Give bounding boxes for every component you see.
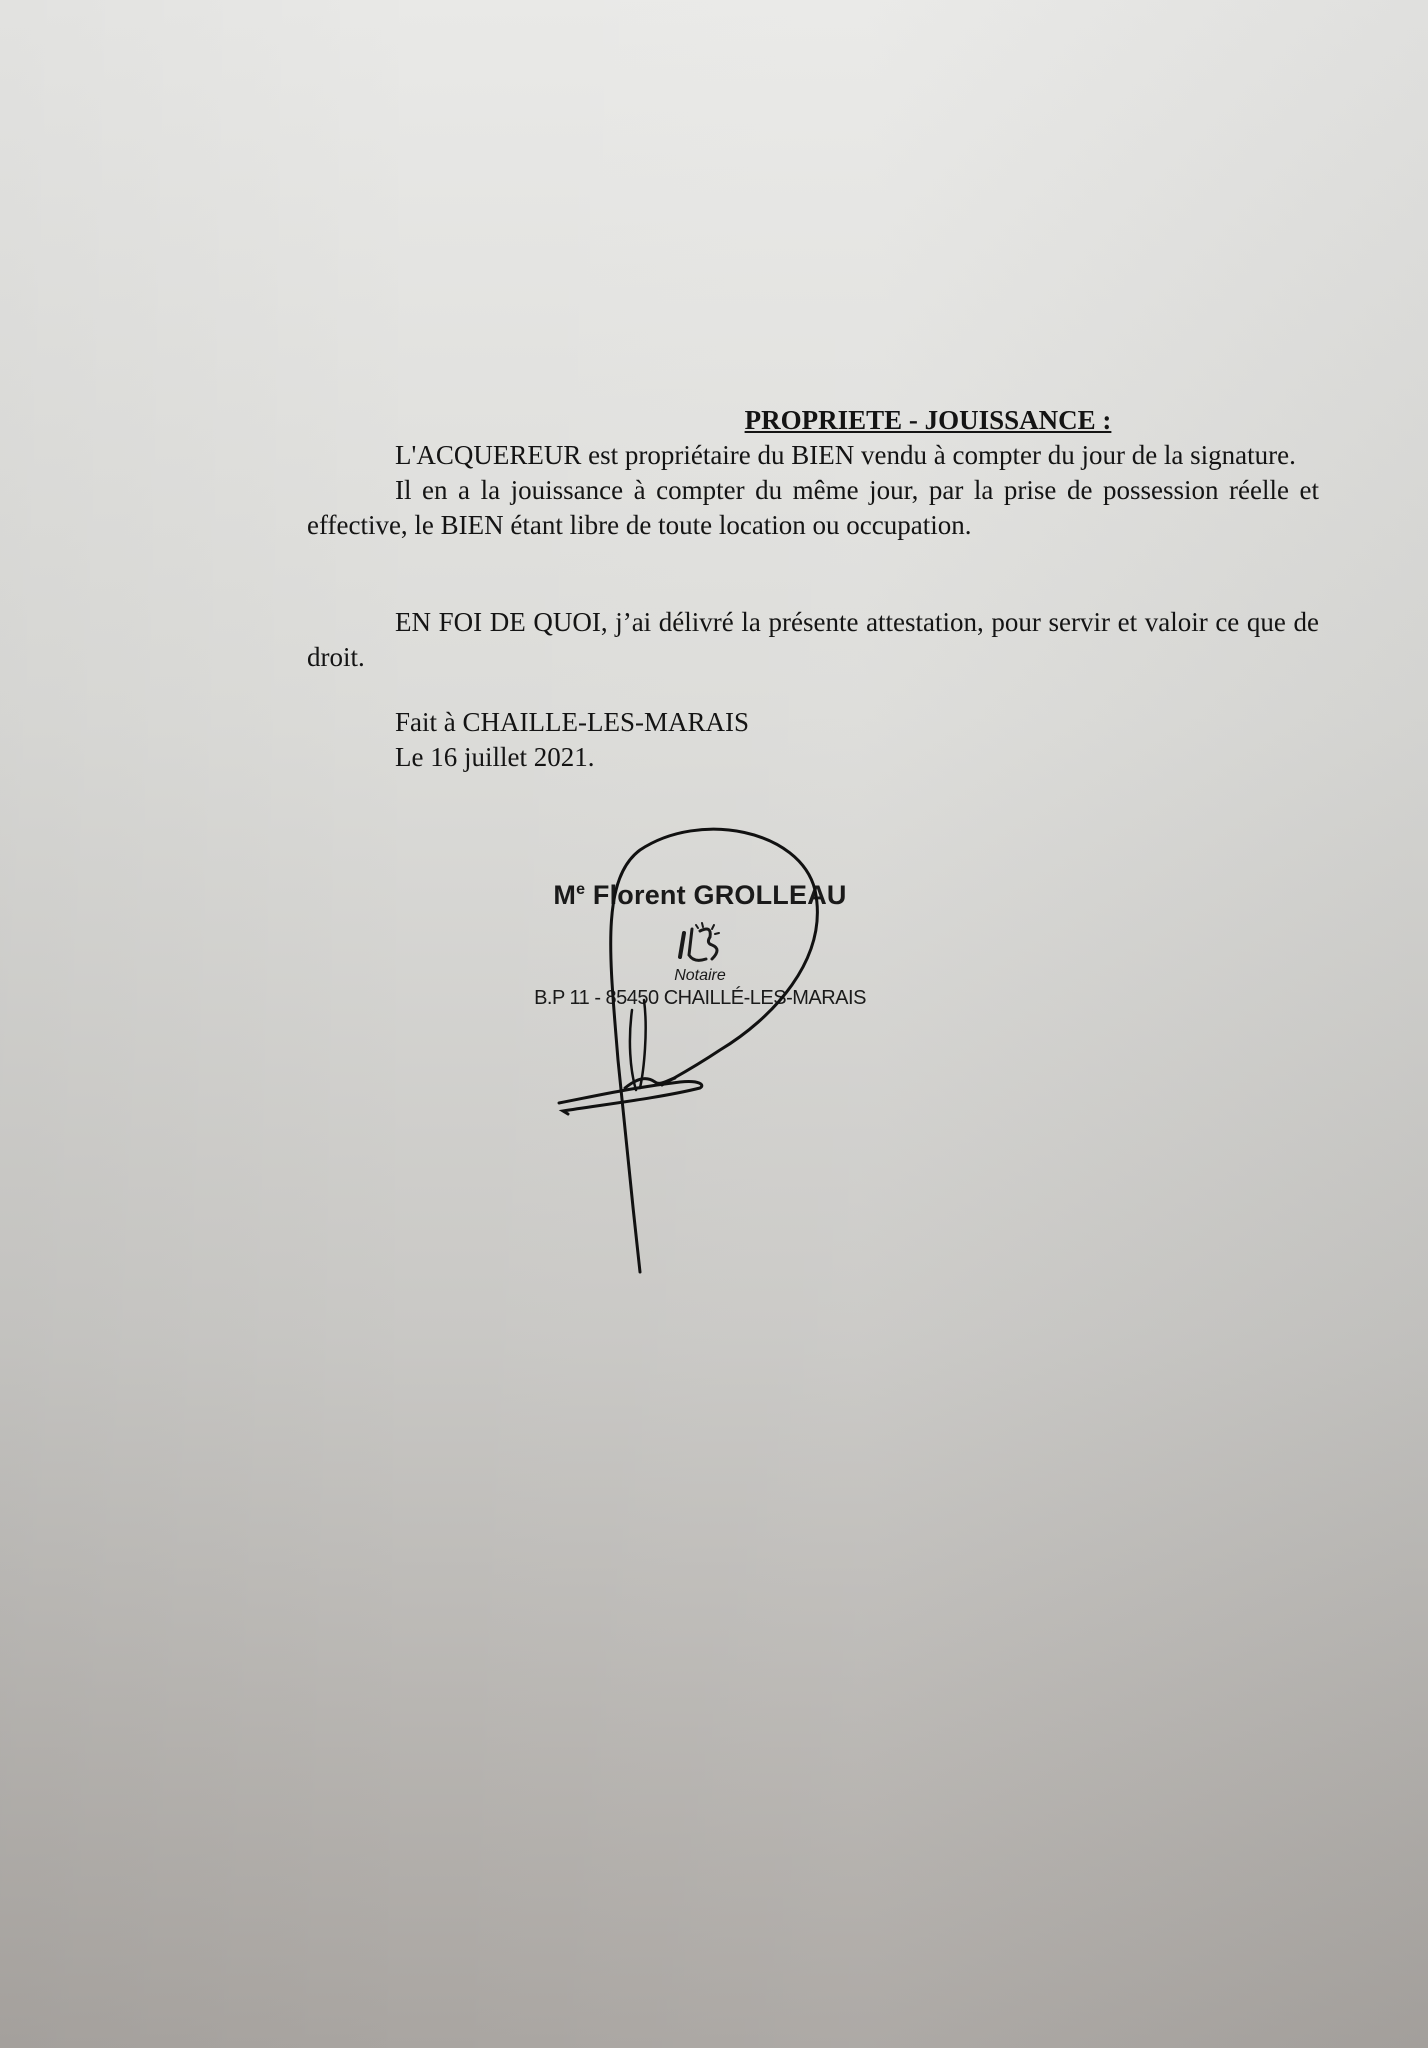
notary-stamp: Me Florent GROLLEAU Notaire B.P 11 - 854… [530, 880, 870, 1010]
spacer [307, 675, 1319, 705]
notary-name-text: Florent GROLLEAU [593, 880, 847, 910]
paragraph-attestation: EN FOI DE QUOI, j’ai délivré la présente… [307, 605, 1319, 675]
handwritten-signature-icon [0, 0, 1428, 2048]
place-line: Fait à CHAILLE-LES-MARAIS [307, 705, 1319, 740]
title-suffix: e [576, 881, 585, 898]
section-heading: PROPRIETE - JOUISSANCE : [307, 403, 1319, 438]
spacer [307, 543, 1319, 605]
notary-role: Notaire [530, 967, 870, 985]
document-body: PROPRIETE - JOUISSANCE : L'ACQUEREUR est… [307, 403, 1319, 775]
notary-logo-icon [672, 919, 728, 967]
title-prefix: M [553, 880, 576, 910]
paper-shading [0, 0, 1428, 2048]
paragraph-enjoyment: Il en a la jouissance à compter du même … [307, 473, 1319, 543]
notary-name: Me Florent GROLLEAU [530, 880, 870, 911]
paragraph-ownership: L'ACQUEREUR est propriétaire du BIEN ven… [307, 438, 1319, 473]
notary-address: B.P 11 - 85450 CHAILLÉ-LES-MARAIS [530, 987, 870, 1010]
date-line: Le 16 juillet 2021. [307, 740, 1319, 775]
